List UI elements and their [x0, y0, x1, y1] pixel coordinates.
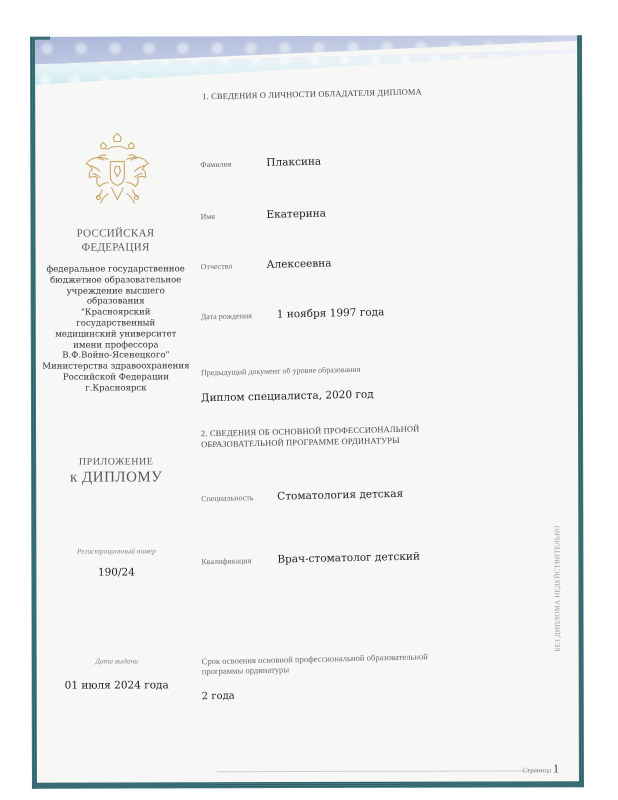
diploma-supplement-page: РОССИЙСКАЯ ФЕДЕРАЦИЯ федеральное государ… [30, 35, 584, 788]
institution-line: бюджетное образовательное [41, 275, 191, 286]
institution-line: Министерства здравоохранения [41, 361, 191, 372]
page-number-value: 1 [553, 761, 559, 775]
field-specialty: Специальность Стоматология детская [201, 484, 403, 506]
institution-line: федеральное государственное [41, 264, 191, 275]
program-duration-value: 2 года [202, 691, 235, 703]
field-qualification: Квалификация Врач-стоматолог детский [201, 547, 420, 570]
previous-document-value: Диплом специалиста, 2020 год [201, 389, 374, 405]
registration-number-label: Регистрационный номер [41, 546, 191, 555]
previous-document-label: Предыдущий документ об уровне образовани… [201, 365, 361, 378]
first-name-label: Имя [200, 211, 262, 221]
patronymic-label: Отчество [201, 261, 263, 271]
main-content: 1. СВЕДЕНИЯ О ЛИЧНОСТИ ОБЛАДАТЕЛЯ ДИПЛОМ… [200, 35, 572, 788]
country-line-1: РОССИЙСКАЯ [41, 226, 191, 240]
frame-border-left [30, 37, 37, 789]
institution-line: имени профессора [41, 340, 191, 351]
field-birth-date: Дата рождения 1 ноября 1997 года [201, 302, 385, 324]
institution-line: Российской Федерации [41, 372, 191, 383]
patronymic-value: Алексеевна [266, 257, 331, 270]
birth-date-value: 1 ноября 1997 года [277, 306, 385, 320]
institution-line: "Красноярский государственный [41, 307, 191, 329]
section-1-heading: 1. СВЕДЕНИЯ О ЛИЧНОСТИ ОБЛАДАТЕЛЯ ДИПЛОМ… [202, 86, 422, 102]
field-patronymic: Отчество Алексеевна [200, 253, 331, 274]
qualification-value: Врач-стоматолог детский [277, 551, 420, 566]
qualification-label: Квалификация [201, 556, 273, 567]
institution-line: медицинский университет [41, 329, 191, 340]
birth-date-label: Дата рождения [201, 311, 273, 322]
specialty-value: Стоматология детская [277, 488, 403, 503]
field-surname: Фамилия Плаксина [200, 152, 321, 173]
country-name: РОССИЙСКАЯ ФЕДЕРАЦИЯ [41, 226, 191, 254]
surname-value: Плаксина [266, 156, 321, 169]
section-2-heading: 2. СВЕДЕНИЯ ОБ ОСНОВНОЙ ПРОФЕССИОНАЛЬНОЙ… [201, 424, 420, 451]
institution-name: федеральное государственное бюджетное об… [41, 264, 191, 394]
institution-line: В.Ф.Войно-Ясенецкого" [41, 351, 191, 362]
page-label: Страница [522, 766, 551, 774]
page-number: Страница 1 [522, 761, 558, 776]
annex-title-line-1: ПРИЛОЖЕНИЕ [41, 456, 191, 467]
registration-number-value: 190/24 [41, 566, 191, 578]
document-title: ПРИЛОЖЕНИЕ к ДИПЛОМУ [41, 456, 191, 486]
russian-coat-of-arms-icon [80, 131, 154, 211]
country-line-2: ФЕДЕРАЦИЯ [41, 240, 191, 254]
annex-title-line-2: к ДИПЛОМУ [41, 469, 191, 486]
validity-note: БЕЗ ДИПЛОМА НЕДЕЙСТВИТЕЛЬНО [553, 525, 561, 651]
program-duration-label: Срок освоения основной профессиональной … [201, 651, 428, 676]
surname-label: Фамилия [200, 159, 262, 169]
institution-line: г.Красноярск [41, 383, 191, 394]
frame-border-right [577, 35, 584, 787]
institution-line: учреждение высшего образования [41, 286, 191, 308]
first-name-value: Екатерина [266, 208, 326, 221]
issue-date-value: 01 июля 2024 года [42, 679, 192, 691]
issue-date-label: Дата выдачи [42, 656, 192, 665]
issuer-column: РОССИЙСКАЯ ФЕДЕРАЦИЯ федеральное государ… [40, 36, 192, 788]
field-first-name: Имя Екатерина [200, 204, 326, 225]
specialty-label: Специальность [201, 493, 273, 504]
